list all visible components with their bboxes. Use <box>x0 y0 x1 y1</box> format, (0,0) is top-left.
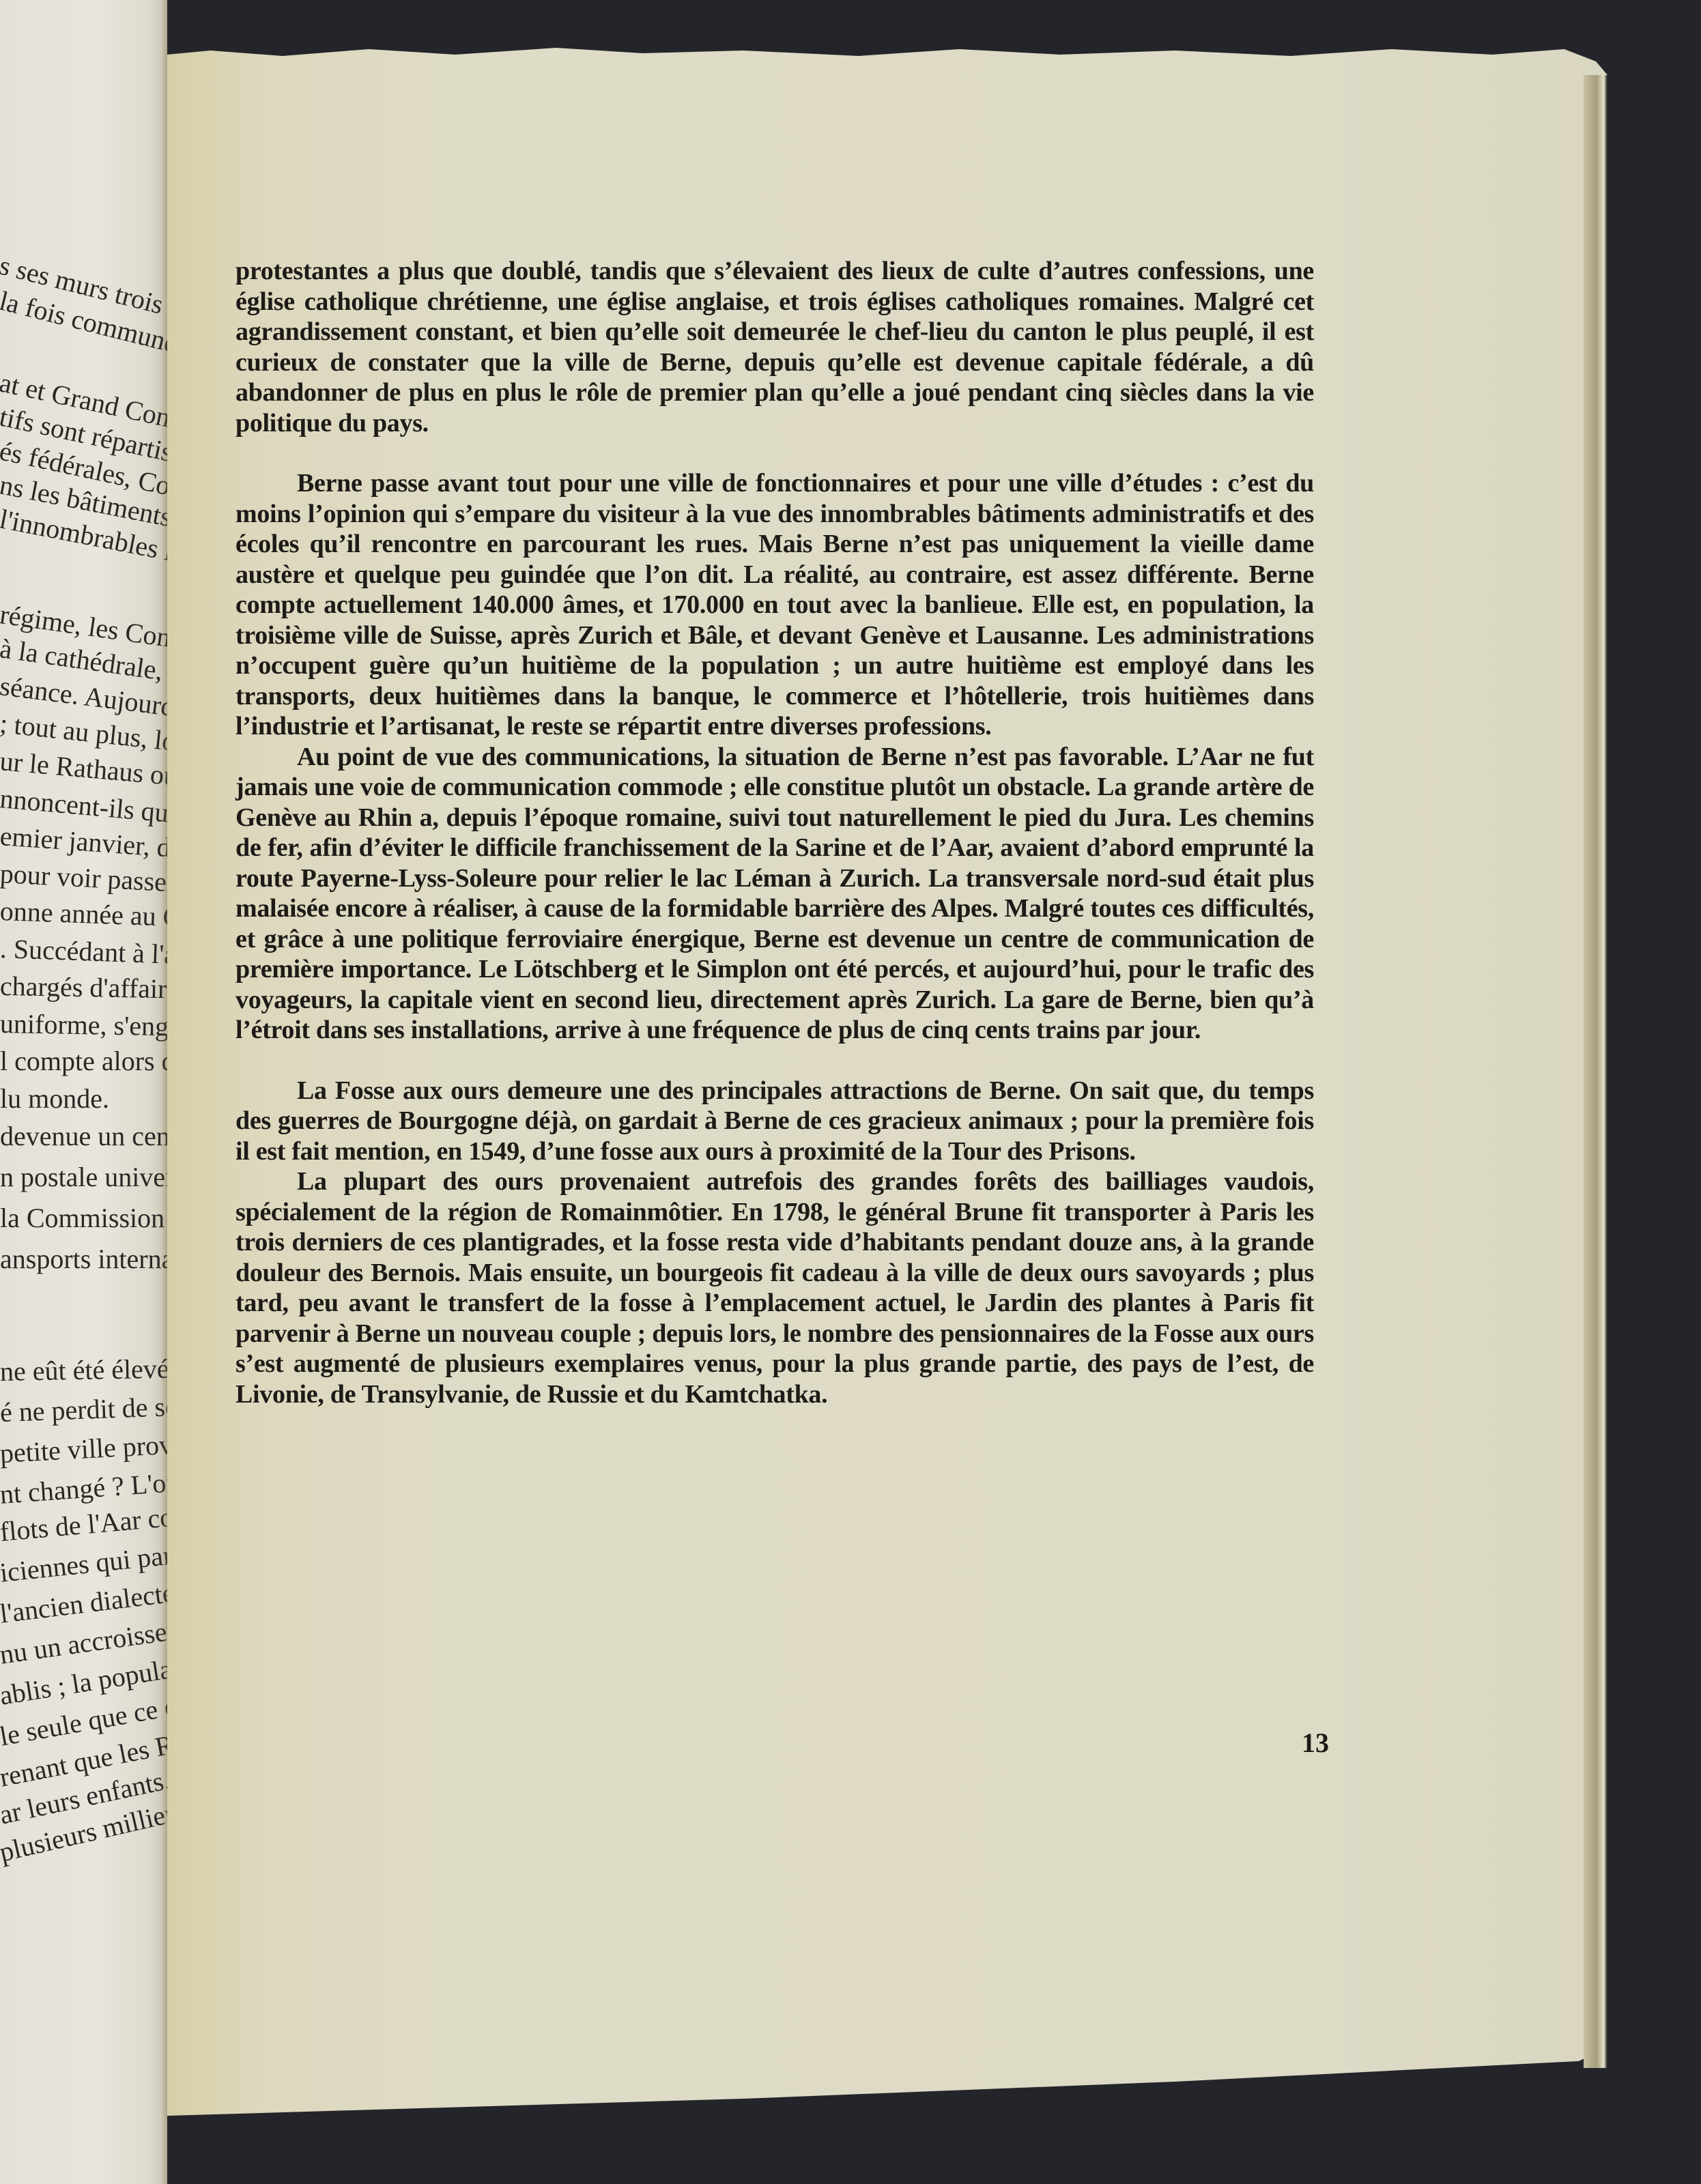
right-page: protestantes a plus que doublé, tandis q… <box>167 48 1607 2123</box>
left-page-line: onne année au Conseil féd <box>0 897 167 935</box>
left-page-line: ansports internationaux <box>0 1246 167 1273</box>
left-page-line: é ne perdit de son caract <box>0 1390 167 1426</box>
paragraph: protestantes a plus que doublé, tandis q… <box>235 256 1314 438</box>
left-page-line: uniforme, s'engagent sous <box>0 1010 167 1042</box>
page-number: 13 <box>1302 1727 1329 1759</box>
left-page-line: ne eût été élevée au rang <box>0 1353 167 1385</box>
paragraph-gap <box>235 438 1314 468</box>
left-page-line: n postale universelle, de <box>0 1164 167 1191</box>
paragraph: Au point de vue des communications, la s… <box>235 742 1314 1046</box>
left-page-line: lu monde. <box>0 1085 109 1112</box>
paragraph: La Fosse aux ours demeure une des princi… <box>235 1076 1314 1167</box>
page-stack-edge <box>1584 75 1607 2068</box>
gutter-shadow <box>160 0 167 2184</box>
left-page-line: la Commission internatio <box>0 1205 167 1232</box>
body-text: protestantes a plus que doublé, tandis q… <box>235 256 1314 1409</box>
left-page-line: petite ville provinciale <box>0 1427 167 1467</box>
left-page-line: l compte alors que des <box>0 1048 167 1075</box>
left-page-line: chargés d'affaires de tous <box>0 973 167 1005</box>
paragraph: Berne passe avant tout pour une ville de… <box>235 468 1314 742</box>
left-page-line: . Succédant à l'ambassad <box>0 935 167 972</box>
left-page-line: devenue un centre intern <box>0 1123 167 1150</box>
paragraph: La plupart des ours provenaient autrefoi… <box>235 1166 1314 1409</box>
left-facing-page: s ses murs trois consécla fois commune, … <box>0 0 167 2184</box>
left-page-line: nt changé ? L'ombre de <box>0 1463 167 1508</box>
left-page-line: pour voir passer les dé <box>0 860 167 900</box>
paragraph-gap <box>235 1046 1314 1076</box>
